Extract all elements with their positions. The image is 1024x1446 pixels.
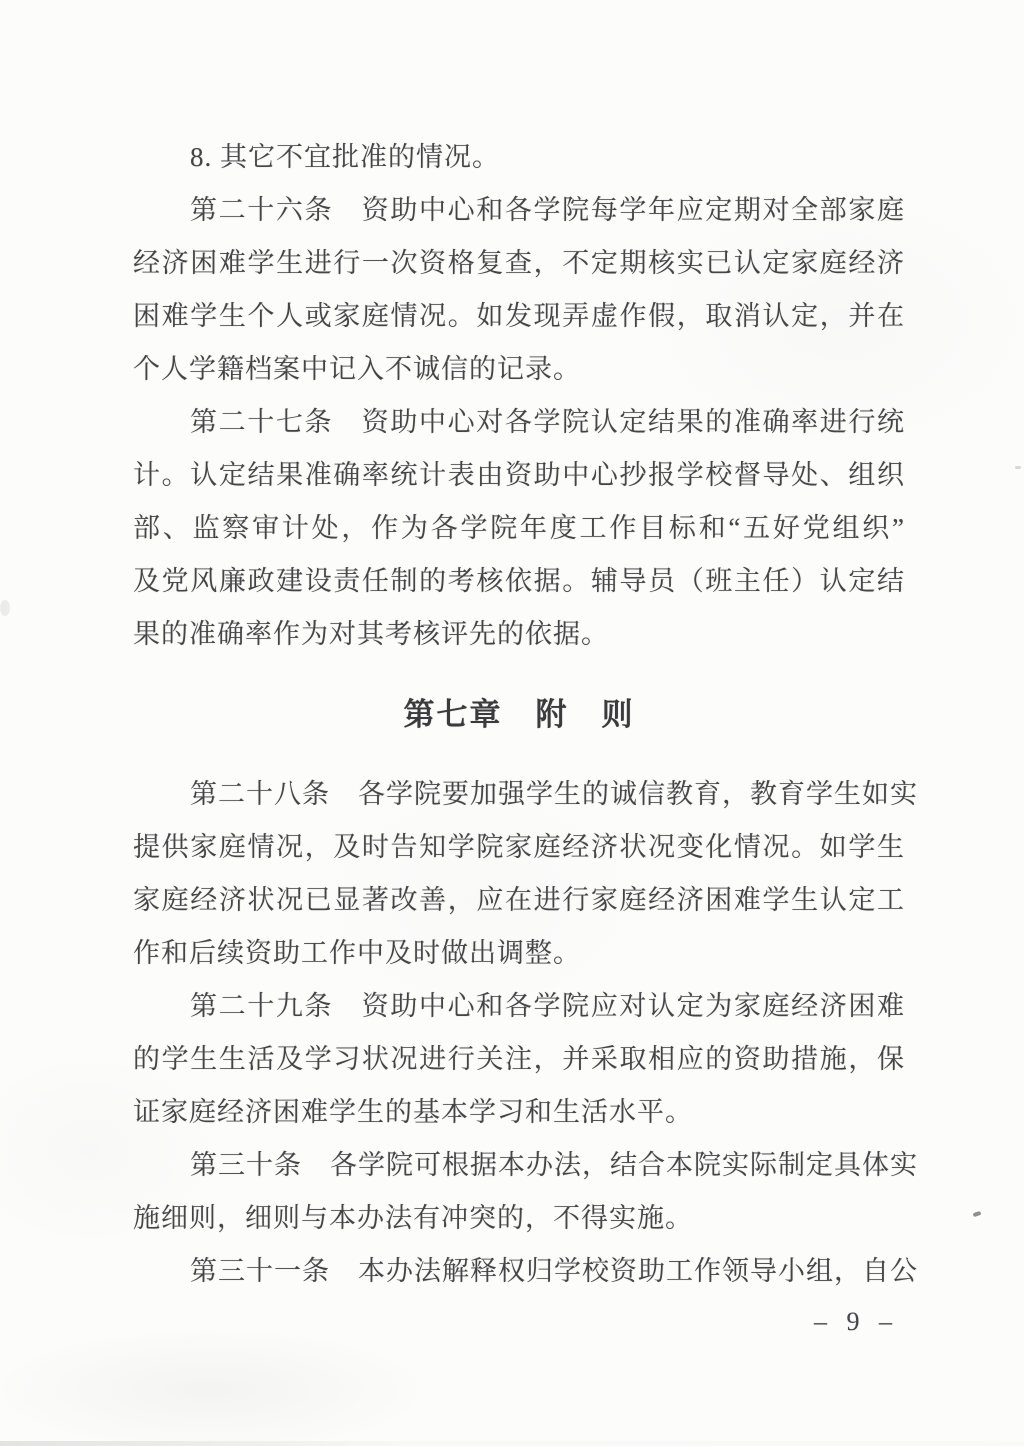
text-line: 提供家庭情况，及时告知学院家庭经济状况变化情况。如学生 xyxy=(133,821,905,874)
chapter-heading: 第七章 附 则 xyxy=(133,688,905,741)
text-line: 计。认定结果准确率统计表由资助中心抄报学校督导处、组织 xyxy=(133,449,905,502)
text-line: 部、监察审计处，作为各学院年度工作目标和“五好党组织” xyxy=(133,502,905,555)
document-page: 8. 其它不宜批准的情况。第二十六条 资助中心和各学院每学年应定期对全部家庭经济… xyxy=(0,0,1024,1446)
text-line: 第二十八条 各学院要加强学生的诚信教育，教育学生如实 xyxy=(133,768,905,821)
text-line: 证家庭经济困难学生的基本学习和生活水平。 xyxy=(133,1086,905,1139)
text-line: 第二十九条 资助中心和各学院应对认定为家庭经济困难 xyxy=(133,980,905,1033)
text-line: 果的准确率作为对其考核评先的依据。 xyxy=(133,608,905,661)
paragraph: 第三十一条 本办法解释权归学校资助工作领导小组，自公 xyxy=(133,1245,905,1298)
paragraph: 第三十条 各学院可根据本办法，结合本院实际制定具体实施细则，细则与本办法有冲突的… xyxy=(133,1139,905,1245)
paragraph: 第二十九条 资助中心和各学院应对认定为家庭经济困难的学生生活及学习状况进行关注，… xyxy=(133,980,905,1139)
scan-speck xyxy=(1015,466,1021,469)
text-line: 作和后续资助工作中及时做出调整。 xyxy=(133,927,905,980)
scan-smudge xyxy=(0,600,10,616)
paragraph: 第二十八条 各学院要加强学生的诚信教育，教育学生如实提供家庭情况，及时告知学院家… xyxy=(133,768,905,980)
scan-speck xyxy=(973,1211,982,1217)
page-number: – 9 – xyxy=(814,1306,894,1338)
document-body: 8. 其它不宜批准的情况。第二十六条 资助中心和各学院每学年应定期对全部家庭经济… xyxy=(133,131,905,1298)
text-line: 施细则，细则与本办法有冲突的，不得实施。 xyxy=(133,1192,905,1245)
paragraph: 第二十六条 资助中心和各学院每学年应定期对全部家庭经济困难学生进行一次资格复查，… xyxy=(133,184,905,396)
paragraph: 8. 其它不宜批准的情况。 xyxy=(133,131,905,184)
heading-text: 第七章 附 则 xyxy=(133,688,905,741)
text-line: 经济困难学生进行一次资格复查，不定期核实已认定家庭经济 xyxy=(133,237,905,290)
text-line: 个人学籍档案中记入不诚信的记录。 xyxy=(133,343,905,396)
text-line: 8. 其它不宜批准的情况。 xyxy=(133,131,905,184)
text-line: 第二十七条 资助中心对各学院认定结果的准确率进行统 xyxy=(133,396,905,449)
text-line: 家庭经济状况已显著改善，应在进行家庭经济困难学生认定工 xyxy=(133,874,905,927)
text-line: 的学生生活及学习状况进行关注，并采取相应的资助措施，保 xyxy=(133,1033,905,1086)
text-line: 第三十一条 本办法解释权归学校资助工作领导小组，自公 xyxy=(133,1245,905,1298)
paragraph: 第二十七条 资助中心对各学院认定结果的准确率进行统计。认定结果准确率统计表由资助… xyxy=(133,396,905,661)
text-line: 第三十条 各学院可根据本办法，结合本院实际制定具体实 xyxy=(133,1139,905,1192)
text-line: 第二十六条 资助中心和各学院每学年应定期对全部家庭 xyxy=(133,184,905,237)
scan-edge-shadow xyxy=(0,1441,1024,1446)
text-line: 及党风廉政建设责任制的考核依据。辅导员（班主任）认定结 xyxy=(133,555,905,608)
text-line: 困难学生个人或家庭情况。如发现弄虚作假，取消认定，并在 xyxy=(133,290,905,343)
